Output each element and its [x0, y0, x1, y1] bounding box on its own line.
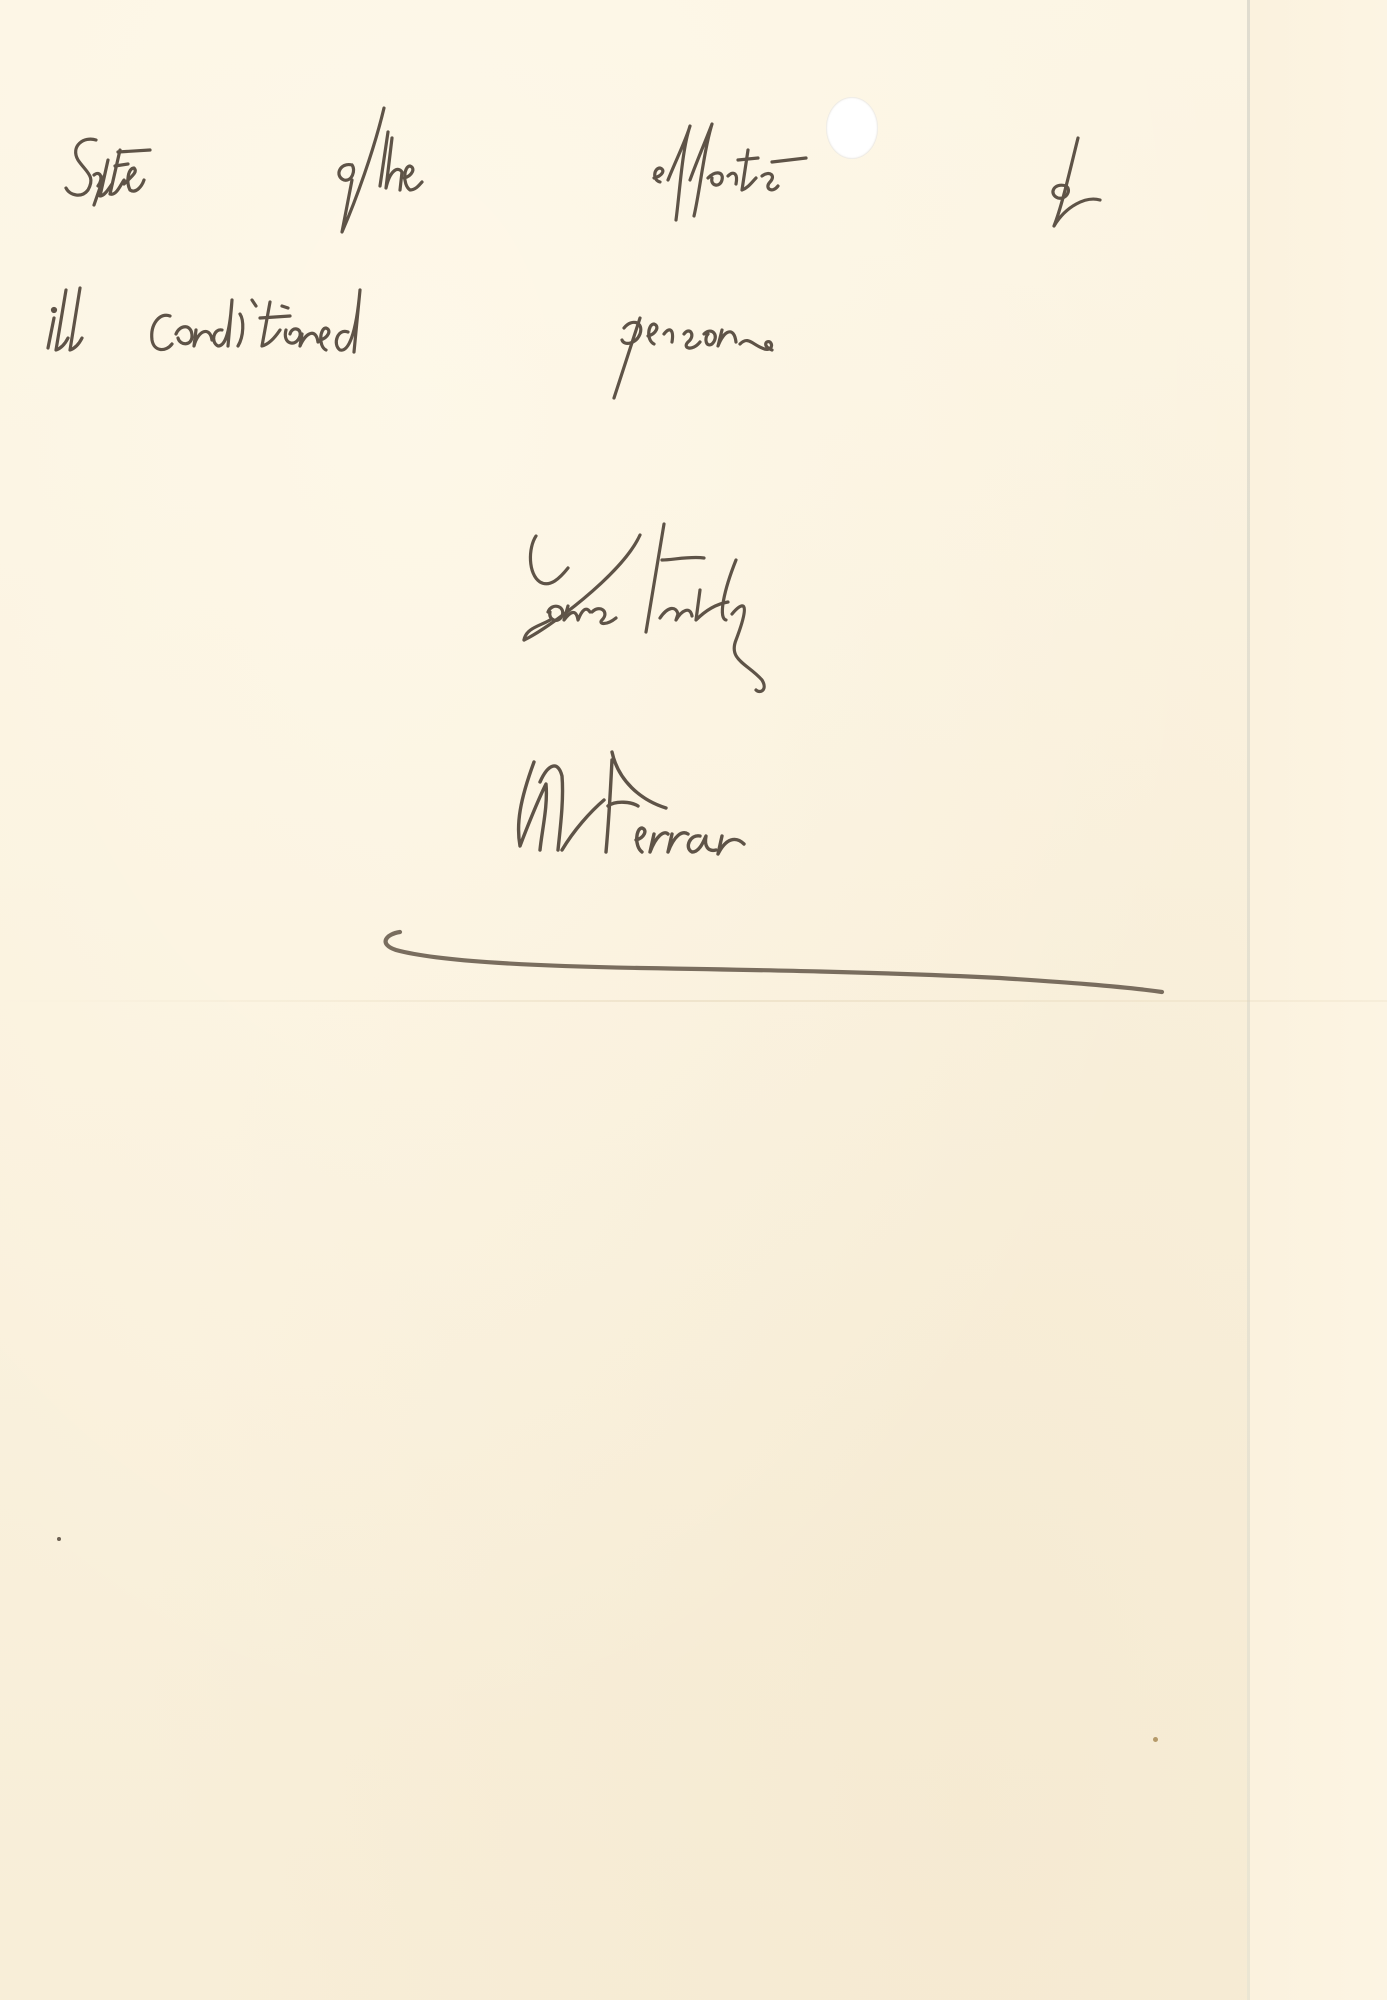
handwriting-line-2: [48, 288, 772, 398]
handwriting-line-1: [66, 108, 1100, 232]
signature-underline-flourish: [386, 932, 1162, 992]
handwriting-closing: [524, 524, 764, 692]
handwriting-signature: [519, 752, 744, 854]
handwriting-layer: [0, 0, 1387, 2000]
